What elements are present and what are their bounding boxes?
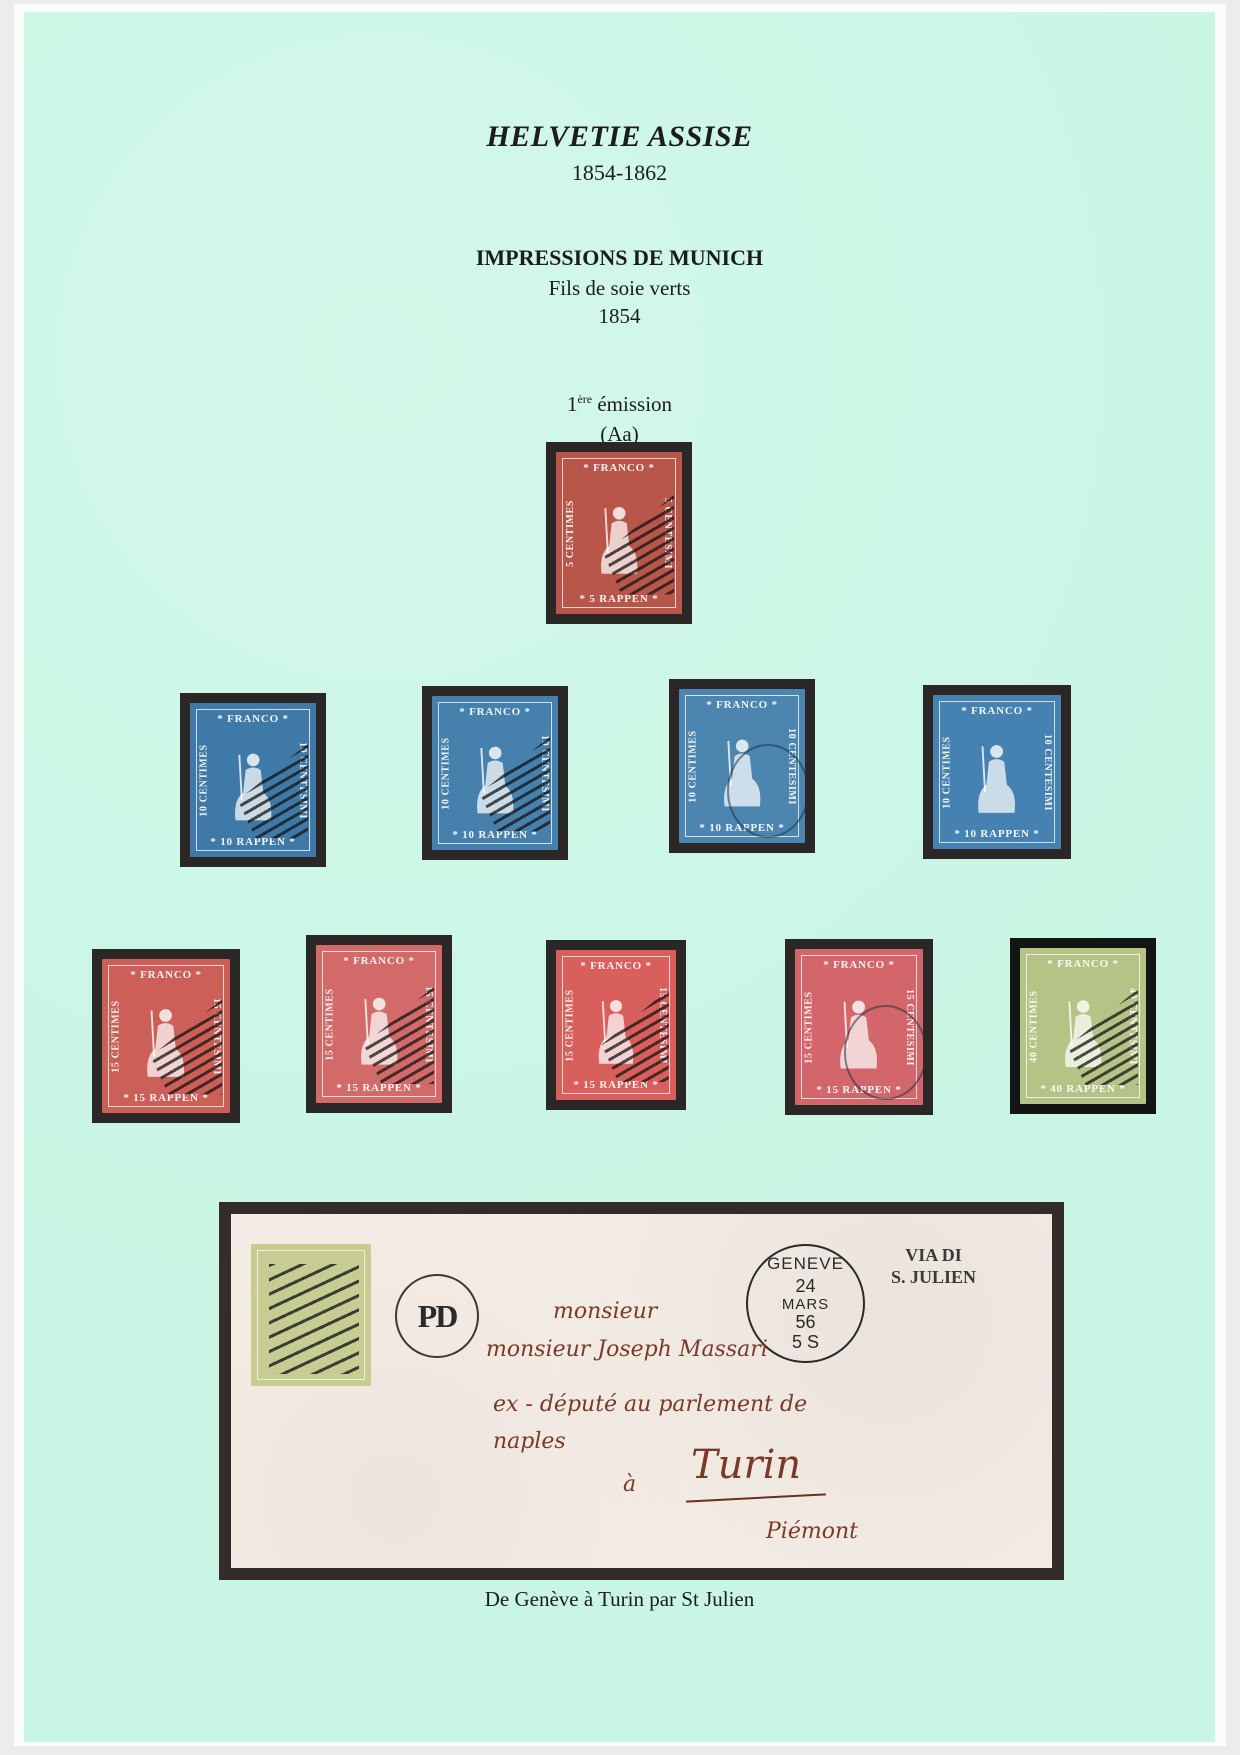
seated-helvetia-icon: [971, 735, 1022, 824]
section-title: IMPRESSIONS DE MUNICH: [24, 245, 1215, 271]
stamp-left-label: 10 CENTIMES: [439, 718, 453, 828]
stamp-left-label: 10 CENTIMES: [686, 711, 700, 821]
stamp-left-label: 15 CENTIMES: [563, 972, 577, 1078]
stamp-10-rappen: * FRANCO ** 10 RAPPEN *10 CENTIMES10 CEN…: [432, 696, 558, 850]
address-prefix: à: [623, 1472, 636, 1497]
stamp-bottom-label: * 5 RAPPEN *: [556, 593, 682, 605]
stamp-top-label: * FRANCO *: [933, 705, 1061, 717]
via-line2: S. JULIEN: [891, 1266, 976, 1288]
stamp-top-label: * FRANCO *: [1020, 958, 1146, 970]
stamp-15-rappen: * FRANCO ** 15 RAPPEN *15 CENTIMES15 CEN…: [795, 949, 923, 1105]
stamp-10-rappen: * FRANCO ** 10 RAPPEN *10 CENTIMES10 CEN…: [933, 695, 1061, 849]
stamp-right-label: 10 CENTESIMI: [1040, 717, 1054, 827]
address-line4: naples: [493, 1429, 566, 1454]
city-underline: [686, 1493, 826, 1502]
cover-caption: De Genève à Turin par St Julien: [24, 1587, 1215, 1612]
address-line1: monsieur: [553, 1299, 657, 1324]
stamp-mount: * FRANCO ** 10 RAPPEN *10 CENTIMES10 CEN…: [669, 679, 815, 853]
stamp-mount: * FRANCO ** 15 RAPPEN *15 CENTIMES15 CEN…: [785, 939, 933, 1115]
circular-cancel-mark: [844, 1005, 923, 1099]
stamp-mount: * FRANCO ** 40 RAPPEN *40 CENTIMES40 CEN…: [1010, 938, 1156, 1114]
address-region: Piémont: [766, 1519, 858, 1544]
stamp-top-label: * FRANCO *: [316, 955, 442, 967]
stamp-mount: * FRANCO ** 10 RAPPEN *10 CENTIMES10 CEN…: [180, 693, 326, 867]
stamp-top-label: * FRANCO *: [795, 959, 923, 971]
stamp-top-label: * FRANCO *: [102, 969, 230, 981]
stamp-left-label: 15 CENTIMES: [109, 981, 123, 1091]
stamp-left-label: 15 CENTIMES: [323, 967, 337, 1081]
emission-label: 1ère émission: [24, 392, 1215, 417]
stamp-left-label: 10 CENTIMES: [940, 717, 954, 827]
cds-city: GENEVE: [748, 1254, 863, 1274]
stamp-mount: * FRANCO ** 10 RAPPEN *10 CENTIMES10 CEN…: [422, 686, 568, 860]
stamp-bottom-label: * 10 RAPPEN *: [933, 828, 1061, 840]
stamp-mount: * FRANCO ** 5 RAPPEN *5 CENTIMES5 CENTES…: [546, 442, 692, 624]
pd-handstamp: PD: [395, 1274, 479, 1358]
emission-ordinal-suffix: ère: [577, 392, 592, 406]
stamp-mount: * FRANCO ** 15 RAPPEN *15 CENTIMES15 CEN…: [306, 935, 452, 1113]
stamp-40-rappen: * FRANCO ** 40 RAPPEN *40 CENTIMES40 CEN…: [1020, 948, 1146, 1104]
page-title: HELVETIE ASSISE: [24, 120, 1215, 154]
address-city: Turin: [691, 1442, 801, 1488]
stamp-mount: * FRANCO ** 15 RAPPEN *15 CENTIMES15 CEN…: [546, 940, 686, 1110]
stamp-top-label: * FRANCO *: [556, 960, 676, 972]
cover-stamp-40c: [251, 1244, 371, 1386]
emission-ordinal: 1: [567, 392, 578, 416]
stamp-left-label: 40 CENTIMES: [1027, 970, 1041, 1082]
stamp-top-label: * FRANCO *: [679, 699, 805, 711]
cds-year: 56: [748, 1312, 863, 1333]
album-page: HELVETIE ASSISE 1854-1862 IMPRESSIONS DE…: [24, 12, 1215, 1742]
stamp-mount: * FRANCO ** 10 RAPPEN *10 CENTIMES10 CEN…: [923, 685, 1071, 859]
stamp-15-rappen: * FRANCO ** 15 RAPPEN *15 CENTIMES15 CEN…: [316, 945, 442, 1103]
postal-cover: PD GENEVE 24 MARS 56 5 S VIA DI S. JULIE…: [231, 1214, 1052, 1568]
stamp-top-label: * FRANCO *: [190, 713, 316, 725]
stamp-top-label: * FRANCO *: [432, 706, 558, 718]
via-line1: VIA DI: [891, 1244, 976, 1266]
stamp-10-rappen: * FRANCO ** 10 RAPPEN *10 CENTIMES10 CEN…: [190, 703, 316, 857]
address-line2: monsieur Joseph Massari: [486, 1337, 768, 1362]
section-subtitle: Fils de soie verts: [24, 276, 1215, 301]
stamp-left-label: 10 CENTIMES: [197, 725, 211, 835]
stamp-left-label: 5 CENTIMES: [563, 474, 577, 592]
cover-mount: PD GENEVE 24 MARS 56 5 S VIA DI S. JULIE…: [219, 1202, 1064, 1580]
stamp-15-rappen: * FRANCO ** 15 RAPPEN *15 CENTIMES15 CEN…: [556, 950, 676, 1100]
section-year: 1854: [24, 304, 1215, 329]
via-route-handstamp: VIA DI S. JULIEN: [891, 1244, 976, 1288]
stamp-10-rappen: * FRANCO ** 10 RAPPEN *10 CENTIMES10 CEN…: [679, 689, 805, 843]
stamp-top-label: * FRANCO *: [556, 462, 682, 474]
stamp-15-rappen: * FRANCO ** 15 RAPPEN *15 CENTIMES15 CEN…: [102, 959, 230, 1113]
address-line3: ex - député au parlement de: [493, 1392, 807, 1417]
cds-month: MARS: [748, 1296, 863, 1313]
stamp-5-rappen: * FRANCO ** 5 RAPPEN *5 CENTIMES5 CENTES…: [556, 452, 682, 614]
emission-text: émission: [597, 392, 672, 416]
circular-cancel-mark: [727, 744, 805, 837]
period-years: 1854-1862: [24, 160, 1215, 186]
stamp-left-label: 15 CENTIMES: [802, 971, 816, 1083]
cds-day: 24: [748, 1276, 863, 1297]
stamp-mount: * FRANCO ** 15 RAPPEN *15 CENTIMES15 CEN…: [92, 949, 240, 1123]
